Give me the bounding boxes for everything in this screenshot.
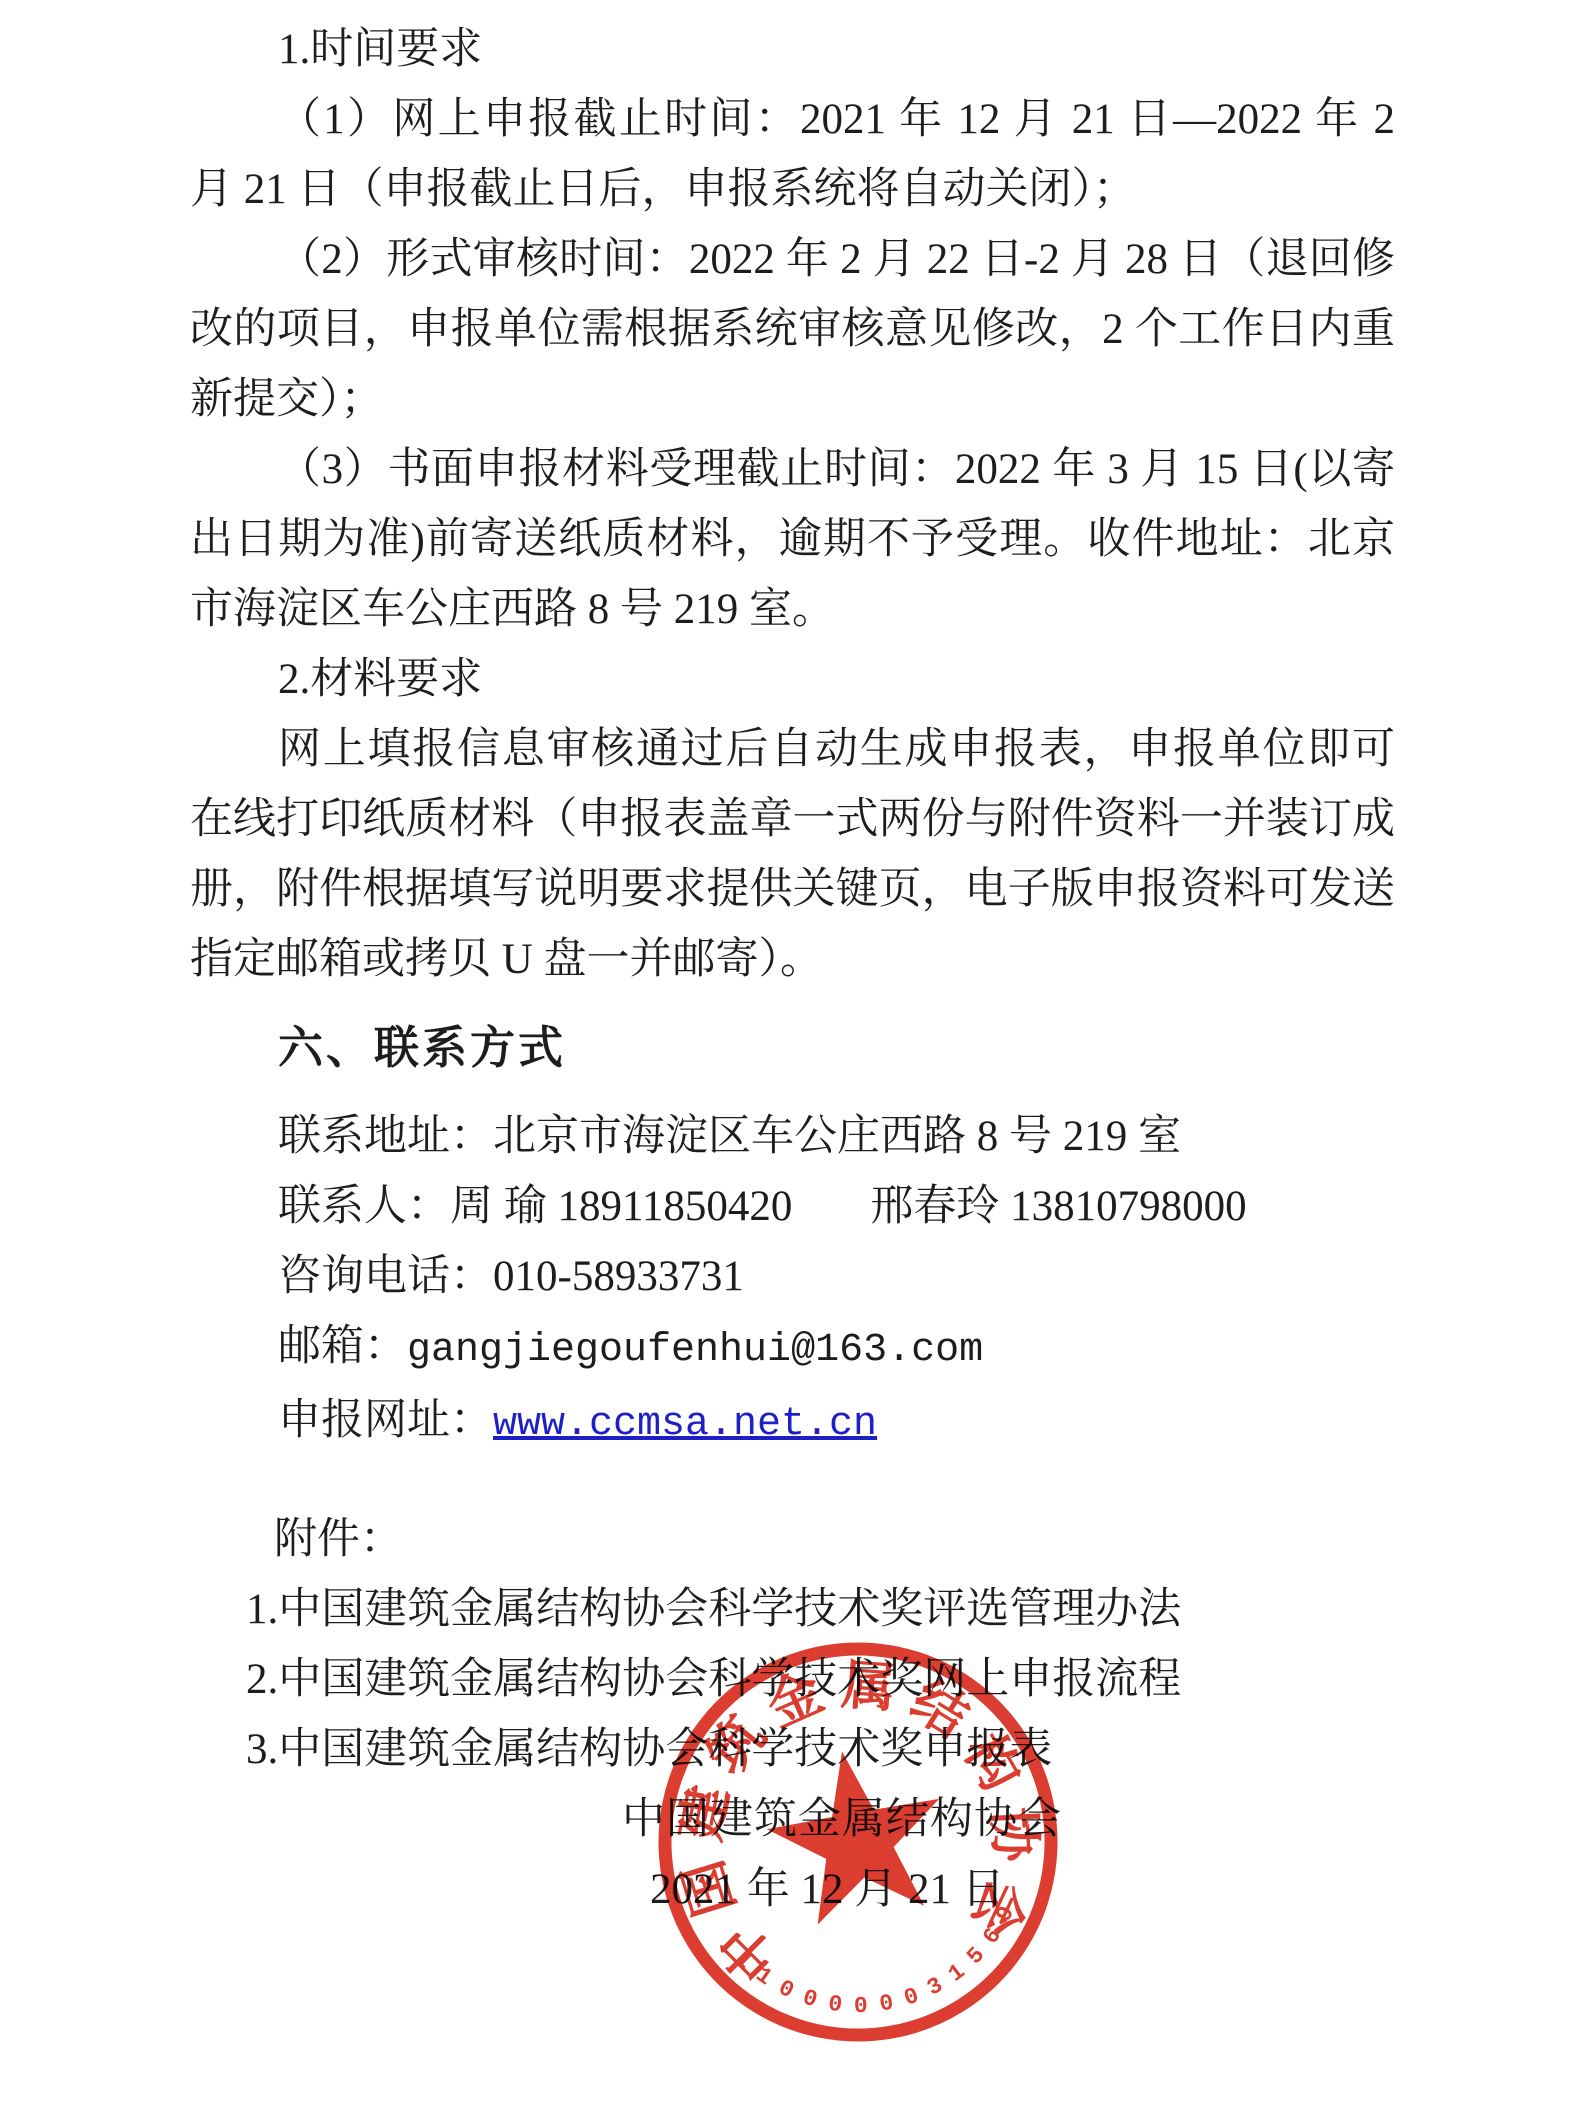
website-label: 申报网址： xyxy=(278,1397,493,1444)
document-page: 1.时间要求 （1）网上申报截止时间：2021 年 12 月 21 日—2022… xyxy=(0,0,1580,2104)
time-requirement-item-3: （3）书面申报材料受理截止时间：2022 年 3 月 15 日(以寄出日期为准)… xyxy=(190,435,1395,645)
svg-text:0: 0 xyxy=(827,1991,844,2019)
svg-text:0: 0 xyxy=(854,1993,868,2019)
contact-website-line: 申报网址：www.ccmsa.net.cn xyxy=(190,1386,1395,1460)
email-label: 邮箱： xyxy=(278,1323,407,1370)
contact-address-line: 联系地址：北京市海淀区车公庄西路 8 号 219 室 xyxy=(190,1102,1395,1172)
svg-text:5: 5 xyxy=(962,1942,990,1970)
svg-text:1: 1 xyxy=(943,1958,970,1987)
material-requirements-heading: 2.材料要求 xyxy=(190,645,1395,715)
material-requirements-body: 网上填报信息审核通过后自动生成申报表，申报单位即可在线打印纸质材料（申报表盖章一… xyxy=(190,715,1395,995)
email-value: gangjiegoufenhui@163.com xyxy=(407,1328,983,1373)
svg-text:协: 协 xyxy=(982,1806,1045,1865)
svg-text:属: 属 xyxy=(840,1655,898,1719)
svg-text:0: 0 xyxy=(877,1990,895,2018)
svg-text:0: 0 xyxy=(800,1984,821,2013)
seal-star-icon xyxy=(756,1736,957,1930)
seal-rotated-group: 中国建筑金属结构协会 1100000031569 xyxy=(643,1627,1073,2057)
contact-section-heading: 六、联系方式 xyxy=(190,1013,1395,1083)
official-seal-stamp: 中国建筑金属结构协会 1100000031569 xyxy=(643,1627,1073,2057)
time-requirement-item-2: （2）形式审核时间：2022 年 2 月 22 日-2 月 28 日（退回修改的… xyxy=(190,225,1395,435)
time-requirement-item-1: （1）网上申报截止时间：2021 年 12 月 21 日—2022 年 2 月 … xyxy=(190,85,1395,225)
time-requirements-heading: 1.时间要求 xyxy=(190,15,1395,85)
svg-text:0: 0 xyxy=(901,1983,923,2012)
svg-text:0: 0 xyxy=(774,1975,798,2004)
contact-persons-line: 联系人：周 瑜 18911850420邢春玲 13810798000 xyxy=(190,1172,1395,1242)
contact-phone-line: 咨询电话：010-58933731 xyxy=(190,1242,1395,1312)
contact-person-2: 邢春玲 13810798000 xyxy=(870,1183,1246,1230)
contact-email-line: 邮箱：gangjiegoufenhui@163.com xyxy=(190,1312,1395,1386)
attachments-heading: 附件： xyxy=(190,1505,1395,1575)
website-link[interactable]: www.ccmsa.net.cn xyxy=(493,1402,877,1447)
svg-text:3: 3 xyxy=(923,1972,947,2001)
contact-person-1: 联系人：周 瑜 18911850420 xyxy=(278,1183,792,1230)
svg-text:建: 建 xyxy=(671,1781,740,1845)
